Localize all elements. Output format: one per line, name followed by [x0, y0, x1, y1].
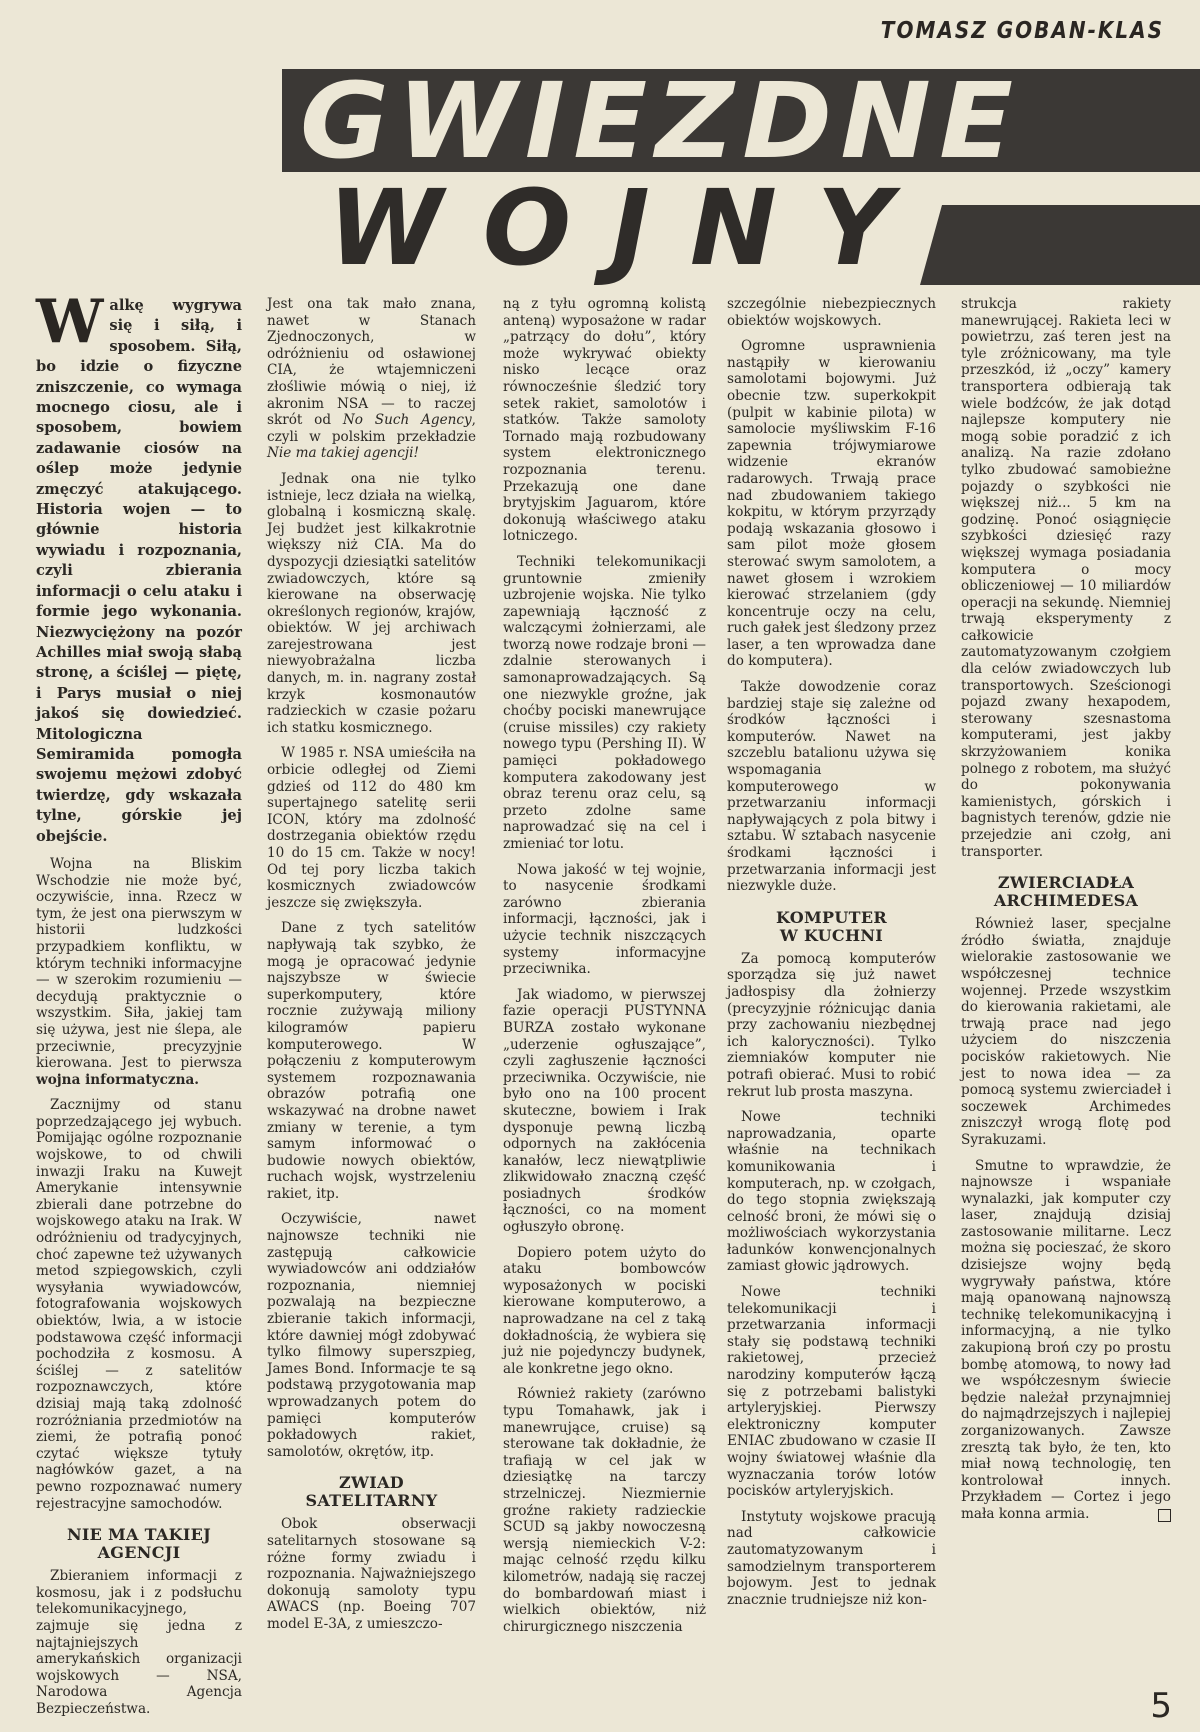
headline-line-2: WOJNY: [328, 172, 932, 284]
drop-cap: W: [36, 298, 103, 346]
italic-text: Nie ma takiej agencji!: [267, 445, 419, 461]
article-column-2: Jest ona tak mało znana, nawet w Stanach…: [267, 296, 476, 1642]
paragraph: Techniki telekomunikacji gruntownie zmie…: [503, 554, 706, 853]
subheading-line: KOMPUTER: [727, 909, 936, 927]
paragraph: ną z tyłu ogromną kolistą anteną) wyposa…: [503, 296, 706, 545]
paragraph: Jak wiadomo, w pierwszej fazie operacji …: [503, 987, 706, 1236]
paragraph: Wojna na Bliskim Wschodzie nie może być,…: [36, 856, 242, 1088]
article-column-5: strukcja rakiety manewrującej. Rakieta l…: [961, 296, 1171, 1532]
subheading-line: W KUCHNI: [727, 927, 936, 945]
title-accent-bar: [920, 205, 1200, 285]
paragraph: Dane z tych satelitów napływają tak szyb…: [267, 920, 476, 1202]
headline-line-1: GWIEZDNE: [300, 66, 1021, 176]
article-column-3: ną z tyłu ogromną kolistą anteną) wyposa…: [503, 296, 706, 1644]
paragraph: Ogromne usprawnienia nastąpiły w kierowa…: [727, 338, 936, 670]
paragraph: Również rakiety (zarówno typu Tomahawk, …: [503, 1386, 706, 1635]
paragraph: Dopiero potem użyto do ataku bombowców w…: [503, 1245, 706, 1378]
subheading-line: AGENCJI: [36, 1544, 242, 1562]
page-number: 5: [1150, 1686, 1172, 1726]
paragraph: Jednak ona nie tylko istnieje, lecz dzia…: [267, 471, 476, 737]
paragraph-text: Wojna na Bliskim Wschodzie nie może być,…: [36, 856, 242, 1071]
paragraph-text: Smutne to wprawdzie, że najnowsze i wspa…: [961, 1158, 1171, 1522]
end-mark-square-icon: [1158, 1509, 1171, 1522]
paragraph: Nowe techniki telekomunikacji i przetwar…: [727, 1284, 936, 1500]
subheading-line: ARCHIMEDESA: [961, 892, 1171, 910]
paragraph: Zacznijmy od stanu poprzedzającego jej w…: [36, 1097, 242, 1512]
subheading-line: NIE MA TAKIEJ: [36, 1526, 242, 1544]
paragraph: szczególnie niebezpiecznych obiektów woj…: [727, 296, 936, 329]
paragraph: strukcja rakiety manewrującej. Rakieta l…: [961, 296, 1171, 860]
lead-paragraph: Walkę wygrywa się i siłą, i sposobem. Si…: [36, 296, 242, 847]
paragraph: Za pomocą komputerów sporządza się już n…: [727, 951, 936, 1100]
italic-text: No Such Agency: [343, 412, 472, 428]
paragraph: Także dowodzenie coraz bardziej staje si…: [727, 679, 936, 895]
paragraph: Instytuty wojskowe pracują nad całkowici…: [727, 1509, 936, 1609]
paragraph: Również laser, specjalne źródło światła,…: [961, 916, 1171, 1148]
article-column-1: Walkę wygrywa się i siłą, i sposobem. Si…: [36, 296, 242, 1726]
paragraph: Jest ona tak mało znana, nawet w Stanach…: [267, 296, 476, 462]
paragraph: Oczywiście, nawet najnowsze techniki nie…: [267, 1211, 476, 1460]
lead-text: alkę wygrywa się i siłą, i sposobem. Sił…: [36, 297, 242, 845]
paragraph: Zbieraniem informacji z kosmosu, jak i z…: [36, 1568, 242, 1717]
subheading-zwierciadla-archimedesa: ZWIERCIADŁA ARCHIMEDESA: [961, 874, 1171, 910]
subheading-line: SATELITARNY: [267, 1492, 476, 1510]
subheading-komputer-w-kuchni: KOMPUTER W KUCHNI: [727, 909, 936, 945]
paragraph-text: Jest ona tak mało znana, nawet w Stanach…: [267, 296, 476, 428]
paragraph: Obok obserwacji satelitarnych stosowane …: [267, 1516, 476, 1632]
subheading-nie-ma-takiej-agencji: NIE MA TAKIEJ AGENCJI: [36, 1526, 242, 1562]
paragraph: W 1985 r. NSA umieściła na orbicie odleg…: [267, 745, 476, 911]
author-byline: TOMASZ GOBAN-KLAS: [881, 16, 1164, 44]
subheading-line: ZWIAD: [267, 1474, 476, 1492]
emphasis-text: wojna informatyczna.: [36, 1072, 199, 1088]
paragraph: Nowa jakość w tej wojnie, to nasycenie ś…: [503, 862, 706, 978]
paragraph: Smutne to wprawdzie, że najnowsze i wspa…: [961, 1158, 1171, 1523]
paragraph: Nowe techniki naprowadzania, oparte właś…: [727, 1109, 936, 1275]
article-column-4: szczególnie niebezpiecznych obiektów woj…: [727, 296, 936, 1617]
subheading-line: ZWIERCIADŁA: [961, 874, 1171, 892]
magazine-page: TOMASZ GOBAN-KLAS GWIEZDNE WOJNY Walkę w…: [0, 0, 1200, 1732]
subheading-zwiad-satelitarny: ZWIAD SATELITARNY: [267, 1474, 476, 1510]
